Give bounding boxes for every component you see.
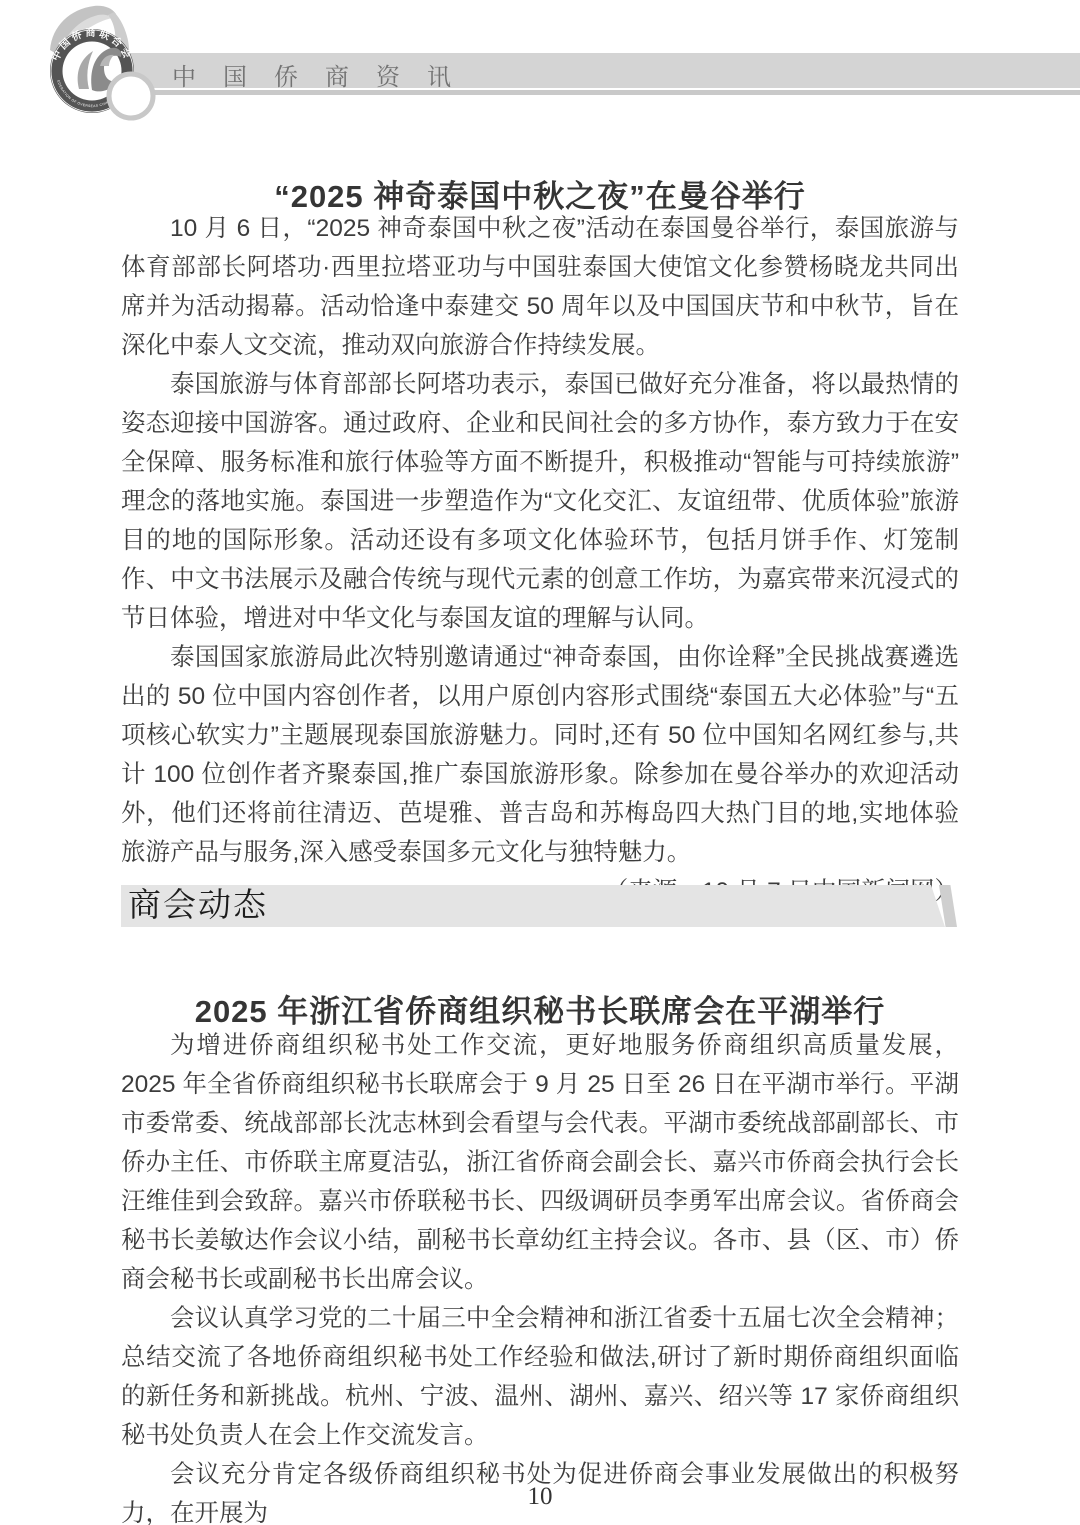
paragraph: 为增进侨商组织秘书处工作交流，更好地服务侨商组织高质量发展，2025 年全省侨商… (121, 1026, 959, 1299)
article-2-title: 2025 年浙江省侨商组织秘书长联席会在平湖举行 (0, 986, 1080, 1031)
newsletter-page: 中国侨商资讯 中国侨商联合会 CHINA FEDERATION OF OVERS… (0, 0, 1080, 1525)
paragraph: 会议认真学习党的二十届三中全会精神和浙江省委十五届七次全会精神；总结交流了各地侨… (121, 1299, 959, 1455)
section-banner-label: 商会动态 (121, 885, 957, 927)
page-number: 10 (0, 1483, 1080, 1511)
header-band-title: 中国侨商资讯 (172, 57, 478, 92)
paragraph: 10 月 6 日，“2025 神奇泰国中秋之夜”活动在泰国曼谷举行，泰国旅游与体… (121, 209, 959, 365)
paragraph: 泰国旅游与体育部部长阿塔功表示，泰国已做好充分准备，将以最热情的姿态迎接中国游客… (121, 365, 959, 638)
section-banner: 商会动态 (121, 885, 957, 927)
paragraph: 泰国国家旅游局此次特别邀请通过“神奇泰国，由你诠释”全民挑战赛遴选出的 50 位… (121, 638, 959, 872)
federation-logo: 中国侨商联合会 CHINA FEDERATION OF OVERSEAS CHI… (42, 4, 164, 124)
article-2-body: 为增进侨商组织秘书处工作交流，更好地服务侨商组织高质量发展，2025 年全省侨商… (121, 1026, 959, 1525)
article-1-body: 10 月 6 日，“2025 神奇泰国中秋之夜”活动在泰国曼谷举行，泰国旅游与体… (121, 209, 959, 911)
logo-circle-outline-icon (109, 74, 153, 118)
header-rule (147, 90, 1080, 95)
